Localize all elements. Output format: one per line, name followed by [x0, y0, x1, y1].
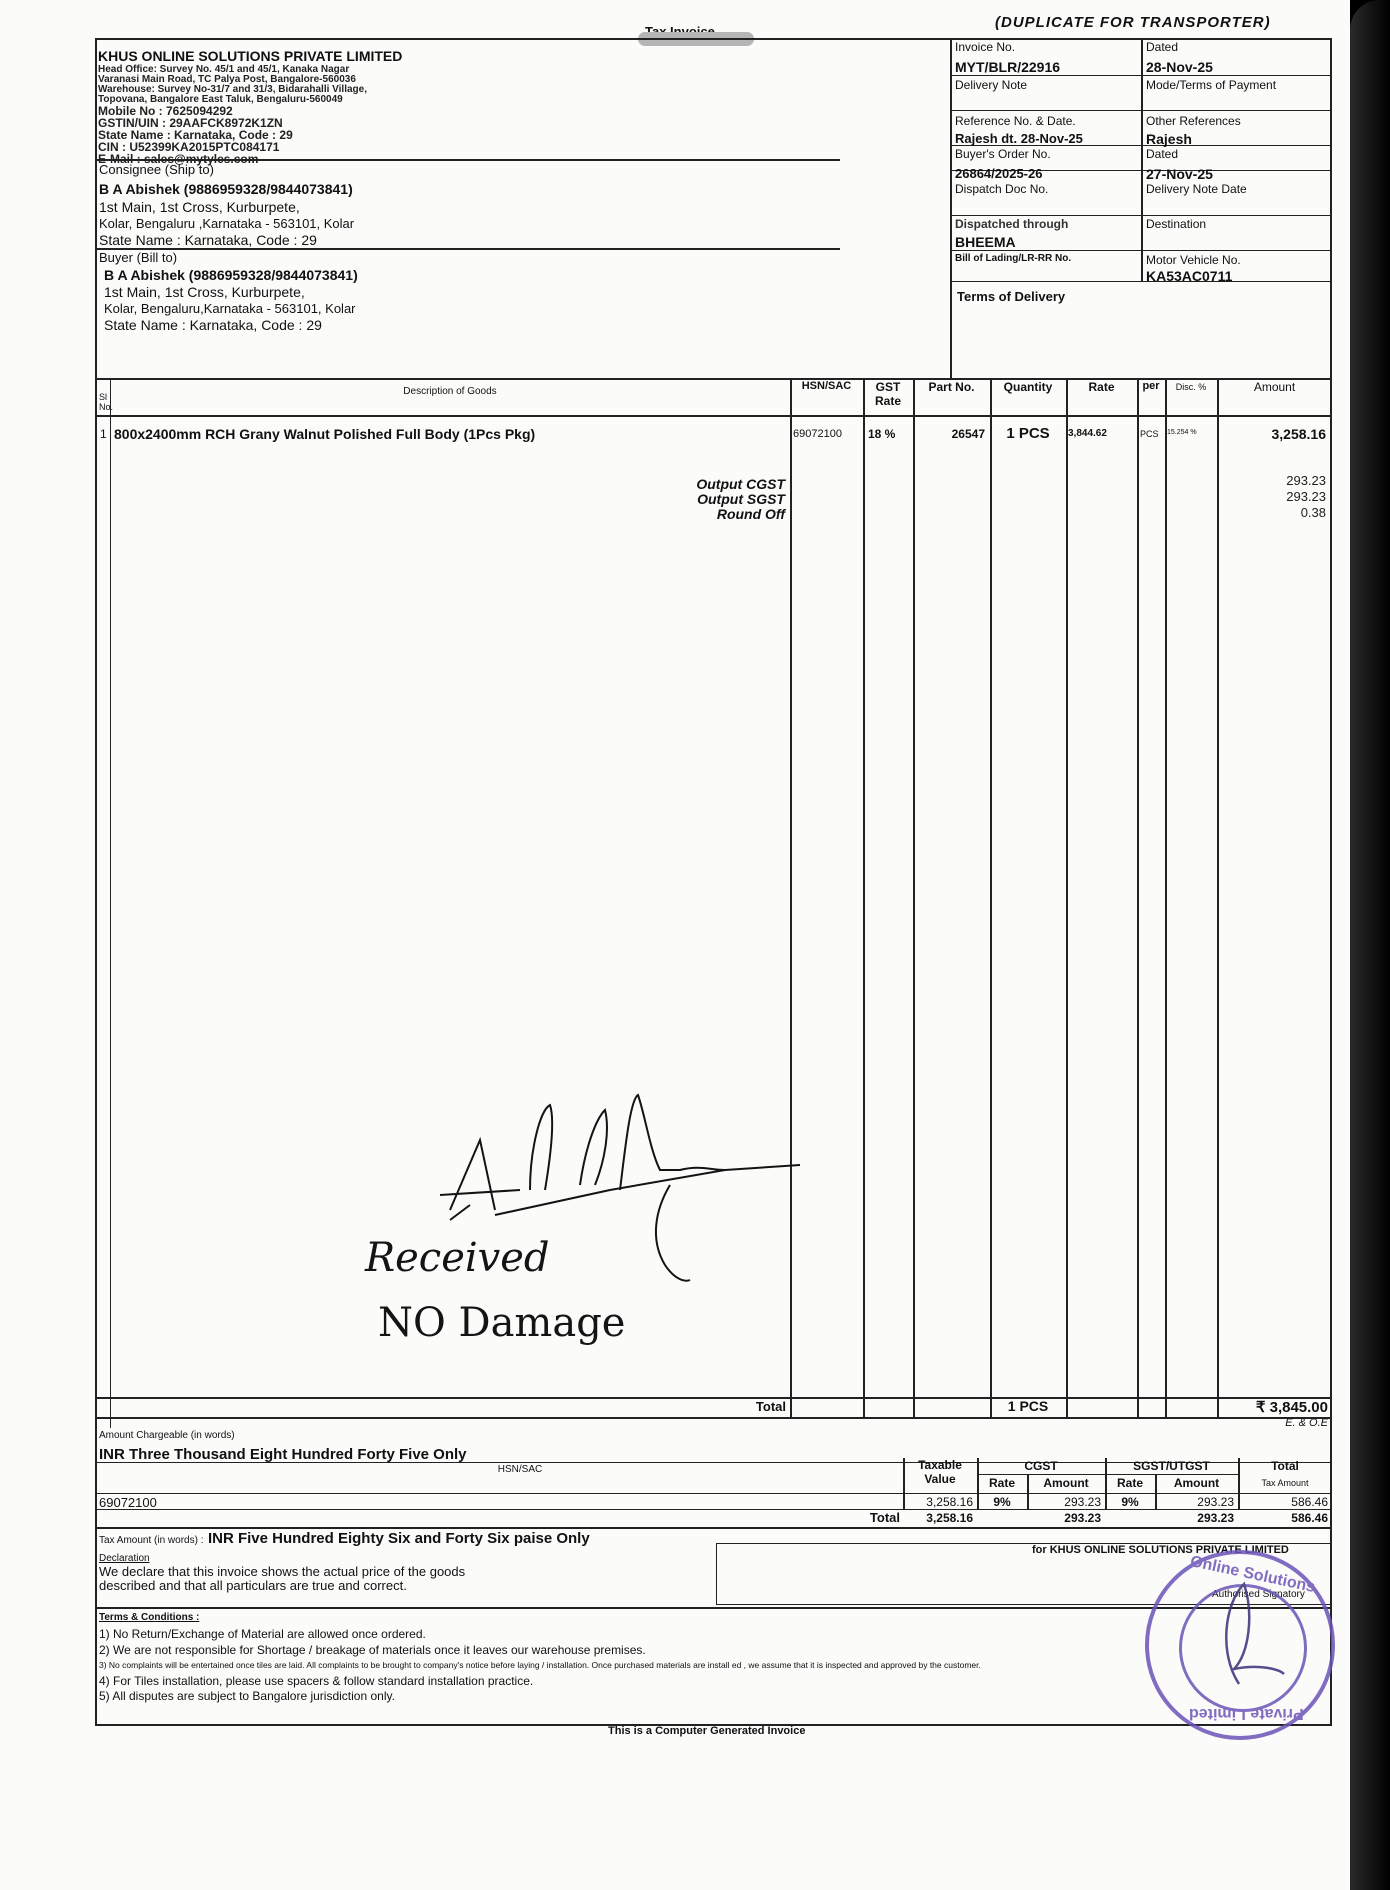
terms-item: 4) For Tiles installation, please use sp…	[99, 1674, 981, 1690]
divider	[95, 248, 840, 250]
terms-item: 5) All disputes are subject to Bangalore…	[99, 1689, 981, 1705]
col-header-gst: GST Rate	[863, 380, 913, 408]
tax-hsn-header: HSN/SAC	[420, 1464, 620, 1475]
amount-words-value: INR Three Thousand Eight Hundred Forty F…	[99, 1446, 467, 1463]
buyer-state: State Name : Karnataka, Code : 29	[104, 317, 322, 333]
declaration-text: We declare that this invoice shows the a…	[99, 1565, 465, 1593]
invoice-page: Tax Invoice (DUPLICATE FOR TRANSPORTER) …	[0, 0, 1350, 1890]
dated-label: Dated	[1146, 40, 1178, 54]
footer-note: This is a Computer Generated Invoice	[608, 1725, 805, 1737]
tax-words: Tax Amount (in words) : INR Five Hundred…	[99, 1530, 590, 1548]
reference-value: Rajesh dt. 28-Nov-25	[955, 131, 1083, 146]
item-amount: 3,258.16	[1217, 426, 1326, 442]
terms-list: 1) No Return/Exchange of Material are al…	[99, 1627, 981, 1705]
item-rate: 3,844.62	[1068, 428, 1107, 439]
seller-name: KHUS ONLINE SOLUTIONS PRIVATE LIMITED	[98, 48, 402, 64]
bill-of-lading-label: Bill of Lading/LR-RR No.	[955, 253, 1071, 264]
amount-words-label: Amount Chargeable (in words)	[99, 1430, 235, 1441]
divider	[95, 415, 1332, 417]
tax-cgst-header: CGST	[977, 1459, 1105, 1473]
divider	[977, 1474, 1238, 1475]
company-stamp: Online Solutions Private Limited	[1145, 1550, 1335, 1740]
divider	[95, 1417, 1332, 1419]
handwritten-no-damage: NO Damage	[378, 1300, 625, 1346]
total-label: Total	[600, 1399, 786, 1414]
divider	[95, 159, 840, 161]
declaration-line: We declare that this invoice shows the a…	[99, 1565, 465, 1579]
divider	[1137, 378, 1139, 1418]
tax-cgst-rate-header: Rate	[977, 1476, 1027, 1490]
charge-labels: Output CGST Output SGST Round Off	[550, 477, 785, 522]
screen-edge	[1350, 0, 1390, 1890]
tax-cgst-rate: 9%	[977, 1495, 1027, 1509]
invoice-no: MYT/BLR/22916	[955, 59, 1060, 75]
consignee-address2: Kolar, Bengaluru ,Karnataka - 563101, Ko…	[99, 216, 354, 231]
terms-delivery-label: Terms of Delivery	[957, 289, 1065, 304]
divider	[95, 1509, 1332, 1510]
buyer-address1: 1st Main, 1st Cross, Kurburpete,	[104, 284, 305, 300]
divider	[950, 110, 1332, 111]
terms-item: 3) No complaints will be entertained onc…	[99, 1658, 981, 1674]
tax-sgst-rate: 9%	[1105, 1495, 1155, 1509]
divider	[950, 215, 1332, 216]
divider	[913, 378, 915, 1418]
vehicle-value: KA53AC0711	[1146, 268, 1232, 284]
charge-sgst-label: Output SGST	[550, 492, 785, 507]
col-header-rate: Rate	[1066, 380, 1137, 394]
tax-totals-label: Total	[800, 1510, 900, 1525]
item-disc: 15.254 %	[1167, 429, 1197, 436]
charge-roundoff-amount: 0.38	[1217, 505, 1326, 521]
charge-sgst-amount: 293.23	[1217, 489, 1326, 505]
tax-total-amount-header: Tax Amount	[1238, 1478, 1332, 1488]
consignee-address1: 1st Main, 1st Cross, Kurburpete,	[99, 199, 300, 215]
col-header-description: Description of Goods	[110, 386, 790, 397]
divider	[95, 1607, 1332, 1609]
tax-words-label: Tax Amount (in words) :	[99, 1535, 203, 1546]
charge-cgst-amount: 293.23	[1217, 473, 1326, 489]
tax-cgst-amount-header: Amount	[1027, 1476, 1105, 1490]
divider	[110, 378, 111, 1428]
col-header-qty: Quantity	[990, 380, 1066, 394]
delivery-note-date-label: Delivery Note Date	[1146, 182, 1247, 196]
col-header-per: per	[1137, 380, 1165, 392]
tax-totals-cgst: 293.23	[1027, 1511, 1101, 1525]
col-header-disc: Disc. %	[1165, 382, 1217, 392]
charge-roundoff-label: Round Off	[550, 507, 785, 522]
tax-taxable-value: 3,258.16	[903, 1495, 973, 1509]
seller-details: Head Office: Survey No. 45/1 and 45/1, K…	[98, 65, 367, 165]
divider	[950, 38, 952, 378]
declaration-line: described and that all particulars are t…	[99, 1579, 465, 1593]
buyer-address2: Kolar, Bengaluru,Karnataka - 563101, Kol…	[104, 301, 356, 316]
handwritten-received: Received	[365, 1235, 550, 1281]
tax-sgst-rate-header: Rate	[1105, 1476, 1155, 1490]
invoice-no-label: Invoice No.	[955, 40, 1015, 54]
vehicle-label: Motor Vehicle No.	[1146, 253, 1241, 267]
divider	[95, 1527, 1332, 1529]
stamp-signature	[1199, 1574, 1289, 1694]
item-description: 800x2400mm RCH Grany Walnut Polished Ful…	[114, 426, 535, 442]
tax-hsn-value: 69072100	[99, 1495, 157, 1510]
destination-label: Destination	[1146, 217, 1206, 231]
total-amount: ₹ 3,845.00	[1217, 1398, 1328, 1416]
item-gst: 18 %	[868, 427, 895, 441]
order-dated-value: 27-Nov-25	[1146, 166, 1213, 182]
consignee-state: State Name : Karnataka, Code : 29	[99, 232, 317, 248]
item-hsn: 69072100	[793, 428, 842, 440]
terms-label: Terms & Conditions :	[99, 1612, 199, 1623]
item-sl: 1	[100, 427, 107, 441]
col-header-amount: Amount	[1217, 380, 1332, 394]
item-per: PCS	[1140, 429, 1159, 439]
divider	[863, 378, 865, 1418]
tax-total-tax: 586.46	[1238, 1495, 1328, 1509]
item-qty: 1 PCS	[990, 425, 1066, 442]
eoe-label: E. & O.E	[1217, 1417, 1328, 1429]
divider	[1165, 378, 1167, 1418]
terms-item: 1) No Return/Exchange of Material are al…	[99, 1627, 981, 1643]
dated-value: 28-Nov-25	[1146, 59, 1213, 75]
total-qty: 1 PCS	[990, 1398, 1066, 1414]
tax-sgst-amount-header: Amount	[1155, 1476, 1238, 1490]
dispatched-through-label: Dispatched through	[955, 217, 1068, 231]
buyer-order-value: 26864/2025-26	[955, 166, 1042, 181]
stamp-text-bottom: Private Limited	[1189, 1704, 1304, 1722]
tax-sgst-header: SGST/UTGST	[1105, 1459, 1238, 1473]
dispatch-doc-label: Dispatch Doc No.	[955, 182, 1048, 196]
tax-cgst-amount: 293.23	[1027, 1495, 1101, 1509]
item-part: 26547	[913, 427, 985, 441]
reference-label: Reference No. & Date.	[955, 114, 1076, 128]
other-ref-label: Other References	[1146, 114, 1241, 128]
declaration-label: Declaration	[99, 1553, 150, 1564]
charge-amounts: 293.23 293.23 0.38	[1217, 473, 1326, 521]
divider	[950, 250, 1332, 251]
copy-label: (DUPLICATE FOR TRANSPORTER)	[995, 14, 1271, 31]
delivery-note-label: Delivery Note	[955, 78, 1027, 92]
other-ref-value: Rajesh	[1146, 131, 1192, 147]
divider	[950, 281, 1332, 282]
divider	[990, 378, 992, 1418]
tax-totals-total: 586.46	[1238, 1511, 1328, 1525]
buyer-name: B A Abishek (9886959328/9844073841)	[104, 267, 358, 283]
consignee-label: Consignee (Ship to)	[99, 162, 214, 177]
consignee-name: B A Abishek (9886959328/9844073841)	[99, 181, 353, 197]
col-header-hsn: HSN/SAC	[790, 380, 863, 392]
divider	[1066, 378, 1068, 1418]
tax-totals-taxable: 3,258.16	[903, 1511, 973, 1525]
divider	[950, 75, 1332, 76]
tax-sgst-amount: 293.23	[1155, 1495, 1234, 1509]
col-header-part: Part No.	[913, 380, 990, 394]
buyer-label: Buyer (Bill to)	[99, 250, 177, 265]
dispatched-through-value: BHEEMA	[955, 234, 1016, 250]
buyer-order-label: Buyer's Order No.	[955, 147, 1051, 161]
tax-totals-sgst: 293.23	[1155, 1511, 1234, 1525]
tax-words-value: INR Five Hundred Eighty Six and Forty Si…	[208, 1530, 590, 1547]
order-dated-label: Dated	[1146, 147, 1178, 161]
tax-total-header: Total	[1238, 1459, 1332, 1473]
terms-item: 2) We are not responsible for Shortage /…	[99, 1643, 981, 1659]
payment-terms-label: Mode/Terms of Payment	[1146, 78, 1276, 92]
divider	[1217, 378, 1219, 1418]
charge-cgst-label: Output CGST	[550, 477, 785, 492]
tax-taxable-header: Taxable Value	[903, 1458, 977, 1486]
